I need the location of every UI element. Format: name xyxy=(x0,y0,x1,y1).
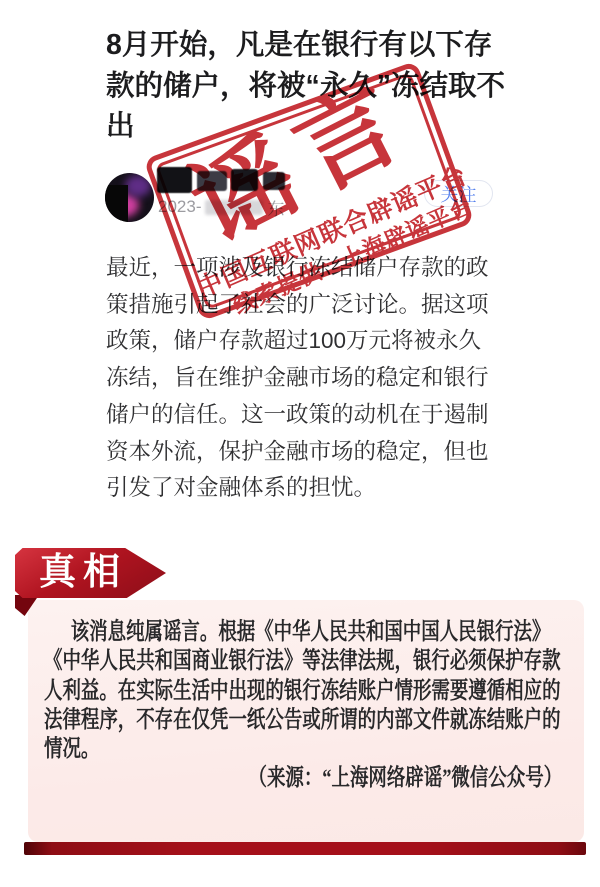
truth-source-text: （来源：“上海网络辟谣”微信公众号） xyxy=(44,764,562,793)
avatar[interactable] xyxy=(105,173,154,222)
truth-body-text: 该消息纯属谣言。根据《中华人民共和国中国人民银行法》《中华人民共和国商业银行法》… xyxy=(44,618,562,764)
avatar-blur-purple xyxy=(125,175,151,197)
truth-badge: 真相 xyxy=(15,548,166,598)
fact-check-poster: 8月开始，凡是在银行有以下存款的储户，将被“永久”冻结取不出 2023- 东 关… xyxy=(0,0,600,887)
avatar-mosaic-block xyxy=(105,185,128,222)
bottom-accent-bar xyxy=(24,842,586,855)
truth-text: 该消息纯属谣言。根据《中华人民共和国中国人民银行法》《中华人民共和国商业银行法》… xyxy=(44,618,562,794)
truth-badge-label: 真相 xyxy=(39,552,127,593)
